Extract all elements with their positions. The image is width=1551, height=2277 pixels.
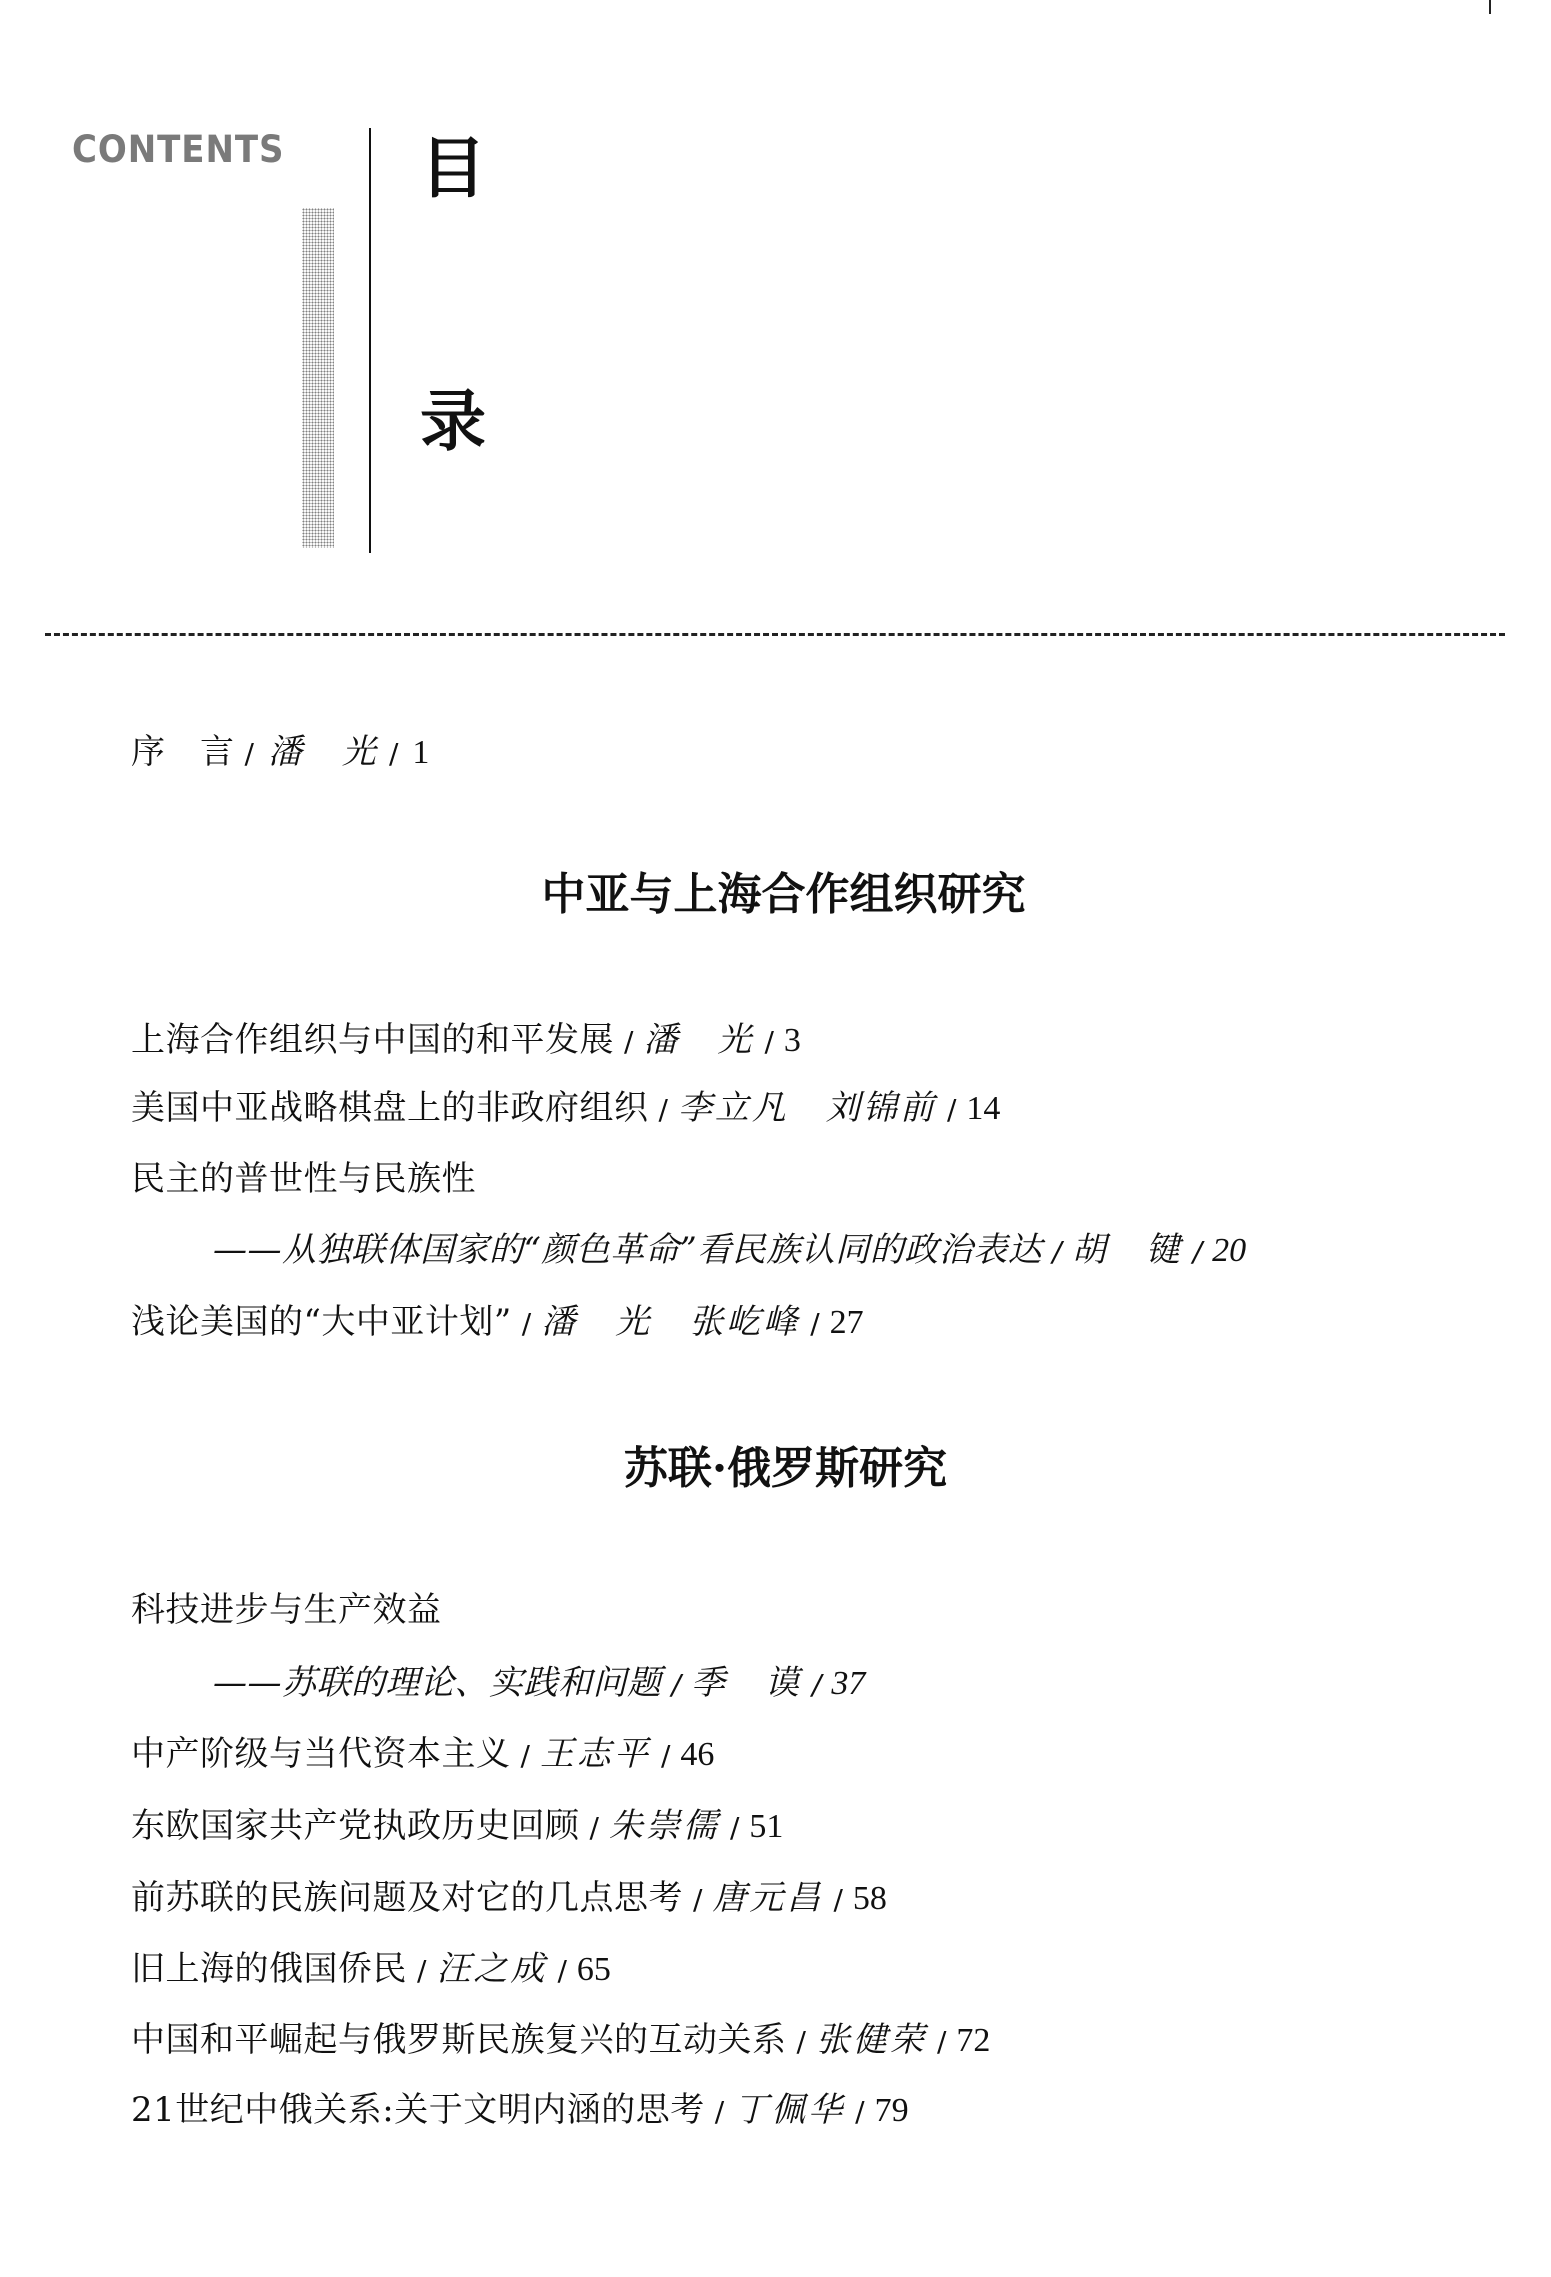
page-title-char-lu: 录 xyxy=(420,386,486,456)
entry-page: 65 xyxy=(577,1951,611,1988)
entry-subtitle: ——从独联体国家的“颜色革命”看民族认同的政治表达 xyxy=(213,1230,1042,1270)
separator: / xyxy=(754,1025,783,1058)
toc-entry[interactable]: 21世纪中俄关系:关于文明内涵的思考/丁佩华/79 xyxy=(131,2089,909,2133)
entry-author: 朱崇儒 xyxy=(609,1806,720,1846)
entry-title: 科技进步与生产效益 xyxy=(131,1590,442,1630)
entry-title: 美国中亚战略棋盘上的非政府组织 xyxy=(131,1088,649,1128)
entry-page: 37 xyxy=(831,1665,865,1702)
toc-entry[interactable]: 中产阶级与当代资本主义/王志平/46 xyxy=(131,1733,714,1777)
separator: / xyxy=(720,1811,749,1844)
entry-author: 王志平 xyxy=(540,1734,651,1774)
toc-entry[interactable]: 上海合作组织与中国的和平发展/潘 光/3 xyxy=(131,1019,801,1063)
entry-author: 季 谟 xyxy=(691,1663,802,1703)
entry-author: 李立凡 刘锦前 xyxy=(678,1088,937,1128)
separator: / xyxy=(800,1307,829,1340)
separator: / xyxy=(927,2025,956,2058)
separator: / xyxy=(662,1668,691,1701)
separator: / xyxy=(511,1739,540,1772)
section-heading: 中亚与上海合作组织研究 xyxy=(0,870,1551,920)
entry-page: 58 xyxy=(853,1880,887,1917)
header-vertical-rule xyxy=(369,128,371,553)
entry-page: 27 xyxy=(830,1304,864,1341)
contents-label: CONTENTS xyxy=(72,130,313,170)
entry-page: 3 xyxy=(784,1022,801,1059)
entry-author: 张健荣 xyxy=(816,2020,927,2060)
toc-entry[interactable]: 科技进步与生产效益 xyxy=(131,1589,442,1631)
separator: / xyxy=(802,1668,831,1701)
entry-title: 21世纪中俄关系:关于文明内涵的思考 xyxy=(131,2090,705,2130)
entry-author: 汪之成 xyxy=(436,1949,547,1989)
section-heading: 苏联·俄罗斯研究 xyxy=(0,1444,1551,1494)
separator: / xyxy=(823,1883,852,1916)
entry-title: 中产阶级与当代资本主义 xyxy=(131,1734,511,1774)
entry-page: 46 xyxy=(680,1736,714,1773)
separator: / xyxy=(1042,1235,1071,1268)
toc-entry[interactable]: 前苏联的民族问题及对它的几点思考/唐元昌/58 xyxy=(131,1877,887,1921)
toc-entry[interactable]: 中国和平崛起与俄罗斯民族复兴的互动关系/张健荣/72 xyxy=(131,2019,990,2063)
entry-title: 民主的普世性与民族性 xyxy=(131,1159,476,1199)
separator: / xyxy=(379,737,412,770)
toc-entry[interactable]: 东欧国家共产党执政历史回顾/朱崇儒/51 xyxy=(131,1805,783,1849)
dashed-divider xyxy=(45,633,1505,636)
entry-page: 51 xyxy=(749,1808,783,1845)
entry-author: 丁佩华 xyxy=(734,2090,845,2130)
separator: / xyxy=(407,1954,436,1987)
toc-entry[interactable]: 浅论美国的“大中亚计划”/潘 光 张屹峰/27 xyxy=(131,1301,864,1345)
entry-page: 79 xyxy=(875,2092,909,2129)
separator: / xyxy=(937,1093,966,1126)
entry-author: 潘 光 张屹峰 xyxy=(541,1302,800,1342)
entry-title: 上海合作组织与中国的和平发展 xyxy=(131,1020,614,1060)
entry-author: 胡 键 xyxy=(1072,1230,1183,1270)
toc-entry-subtitle[interactable]: ——苏联的理论、实践和问题/季 谟/37 xyxy=(213,1662,865,1706)
toc-entry[interactable]: 美国中亚战略棋盘上的非政府组织/李立凡 刘锦前/14 xyxy=(131,1087,1000,1131)
entry-page: 20 xyxy=(1212,1232,1246,1269)
entry-author: 潘 光 xyxy=(643,1020,754,1060)
entry-author: 唐元昌 xyxy=(712,1878,823,1918)
separator: / xyxy=(235,737,268,770)
separator: / xyxy=(614,1025,643,1058)
toc-entry-preface[interactable]: 序 言/潘 光/1 xyxy=(131,731,433,775)
entry-author: 潘 光 xyxy=(268,732,379,772)
entry-title: 序 言 xyxy=(131,732,235,772)
entry-title: 浅论美国的“大中亚计划” xyxy=(131,1302,512,1342)
separator: / xyxy=(787,2025,816,2058)
toc-entry[interactable]: 旧上海的俄国侨民/汪之成/65 xyxy=(131,1948,611,1992)
separator: / xyxy=(512,1307,541,1340)
entry-page: 1 xyxy=(412,734,433,771)
entry-title: 中国和平崛起与俄罗斯民族复兴的互动关系 xyxy=(131,2020,787,2060)
entry-title: 前苏联的民族问题及对它的几点思考 xyxy=(131,1878,683,1918)
entry-page: 72 xyxy=(956,2022,990,2059)
separator: / xyxy=(1183,1235,1212,1268)
separator: / xyxy=(649,1093,678,1126)
entry-title: 东欧国家共产党执政历史回顾 xyxy=(131,1806,580,1846)
crop-mark xyxy=(1489,0,1491,14)
entry-title: 旧上海的俄国侨民 xyxy=(131,1949,407,1989)
separator: / xyxy=(705,2095,734,2128)
separator: / xyxy=(651,1739,680,1772)
toc-entry-subtitle[interactable]: ——从独联体国家的“颜色革命”看民族认同的政治表达/胡 键/20 xyxy=(213,1229,1246,1273)
entry-page: 14 xyxy=(966,1090,1000,1127)
separator: / xyxy=(683,1883,712,1916)
toc-entry[interactable]: 民主的普世性与民族性 xyxy=(131,1158,476,1200)
separator: / xyxy=(845,2095,874,2128)
entry-subtitle: ——苏联的理论、实践和问题 xyxy=(213,1663,662,1703)
page-title-char-mu: 目 xyxy=(420,133,486,203)
decorative-stipple-band xyxy=(302,208,334,548)
separator: / xyxy=(580,1811,609,1844)
separator: / xyxy=(547,1954,576,1987)
